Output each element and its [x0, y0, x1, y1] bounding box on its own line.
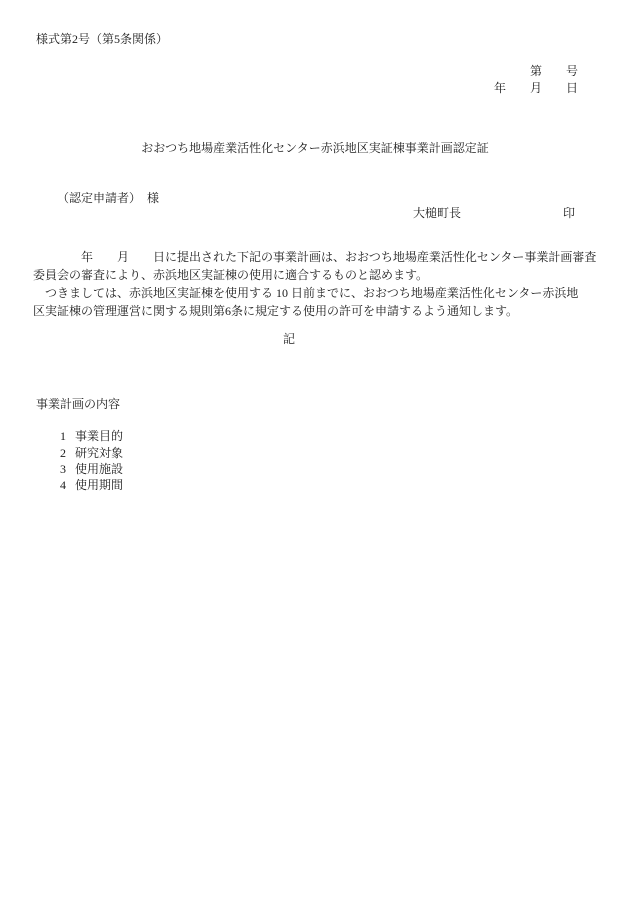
document-title: おおつち地場産業活性化センター赤浜地区実証棟事業計画認定証 — [0, 141, 630, 155]
body-paragraph-line: つきましては、赤浜地区実証棟を使用する 10 日前までに、おおつち地場産業活性化… — [33, 286, 578, 300]
form-number: 様式第2号（第5条関係） — [36, 32, 168, 46]
sender-name: 大槌町長 — [413, 206, 461, 220]
document-page: 様式第2号（第5条関係） 第 号 年 月 日 おおつち地場産業活性化センター赤浜… — [0, 0, 630, 903]
plan-item-number: 4 — [60, 478, 75, 492]
addressee-line: （認定申請者） 様 — [57, 191, 159, 205]
date-blank: 年 月 日 — [494, 81, 578, 95]
record-marker: 記 — [283, 332, 295, 346]
plan-item-label: 使用期間 — [75, 478, 123, 492]
body-paragraph-line: 委員会の審査により、赤浜地区実証棟の使用に適合するものと認めます。 — [33, 268, 428, 282]
plan-list-item: 4使用期間 — [48, 464, 123, 506]
document-number-blank: 第 号 — [530, 64, 578, 78]
body-paragraph-line: 区実証棟の管理運営に関する規則第6条に規定する使用の許可を申請するよう通知します… — [33, 304, 518, 318]
body-paragraph-line: 年 月 日に提出された下記の事業計画は、おおつち地場産業活性化センター事業計画審… — [33, 250, 596, 264]
plan-contents-heading: 事業計画の内容 — [36, 397, 120, 411]
seal-mark: 印 — [563, 206, 575, 220]
